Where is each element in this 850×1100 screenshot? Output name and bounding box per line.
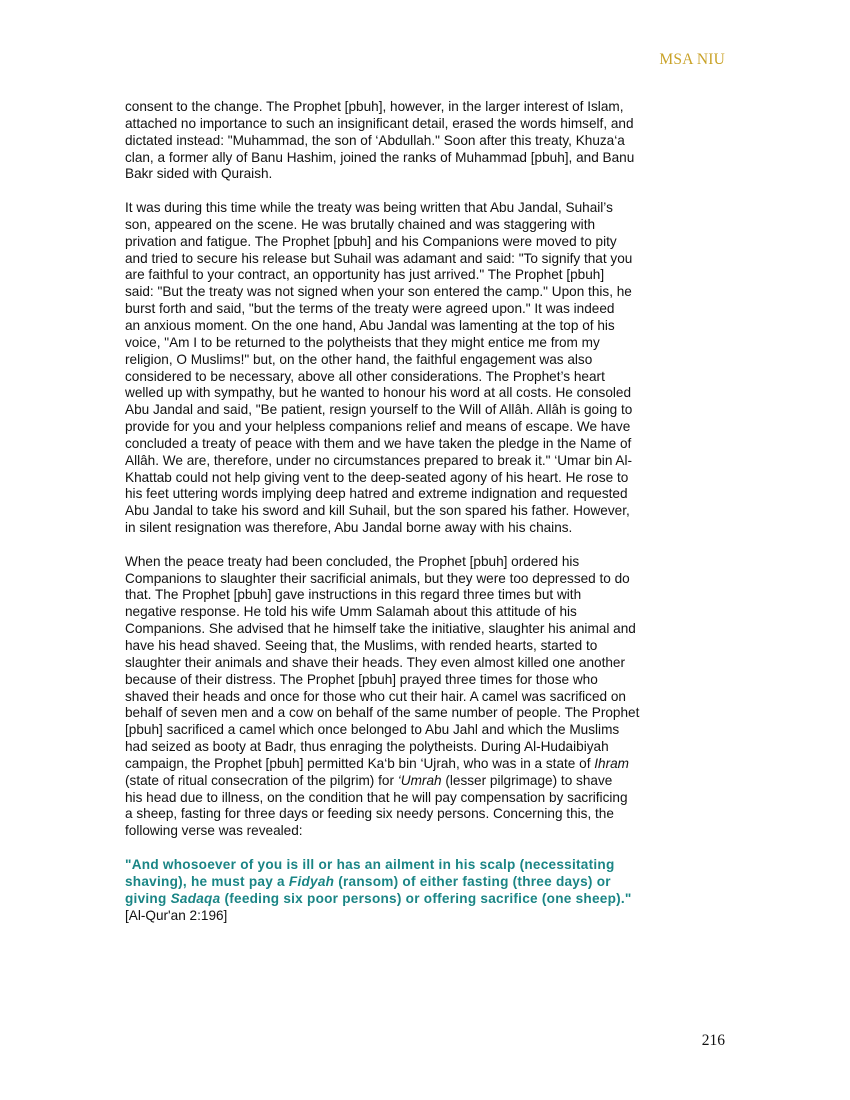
paragraph-1: consent to the change. The Prophet [pbuh… [125,99,730,183]
paragraph-3-text-b: (state of ritual consecration of the pil… [125,773,398,788]
page-number: 216 [702,1032,725,1050]
document-page: MSA NIU consent to the change. The Proph… [0,0,850,1100]
term-fidyah: Fidyah [289,874,334,889]
quran-verse: "And whosoever of you is ill or has an a… [125,857,730,908]
term-sadaqa: Sadaqa [171,891,221,906]
paragraph-3-text-a: When the peace treaty had been concluded… [125,554,639,771]
paragraph-3: When the peace treaty had been concluded… [125,554,730,840]
term-umrah: ‘Umrah [398,773,442,788]
paragraph-2: It was during this time while the treaty… [125,200,730,537]
verse-citation: [Al-Qur'an 2:196] [125,908,730,925]
document-body: consent to the change. The Prophet [pbuh… [125,99,730,924]
verse-text-c: (feeding six poor persons) or offering s… [220,891,631,906]
page-header-title: MSA NIU [659,51,725,69]
term-ihram: Ihram [594,756,629,771]
